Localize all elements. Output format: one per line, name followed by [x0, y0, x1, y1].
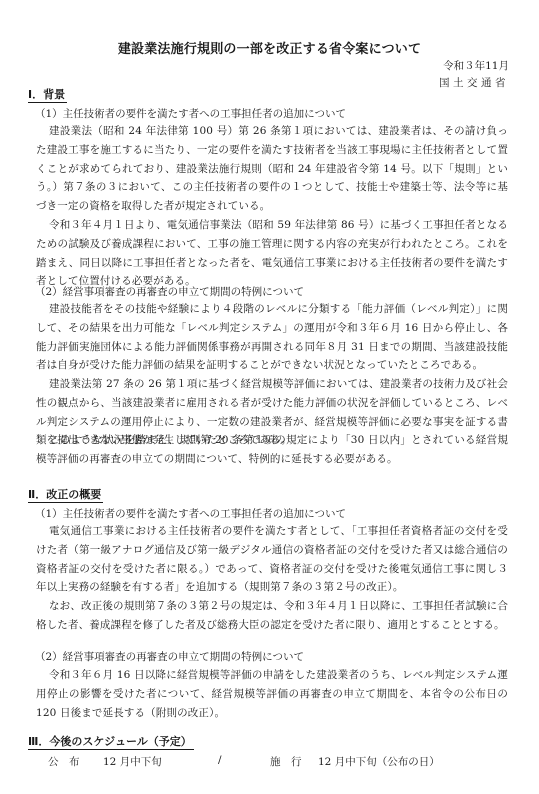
paragraph: 電気通信工事業における主任技術者の要件を満たす者として、「工事担任者資格者証の交…: [36, 522, 508, 597]
schedule-separator: /: [218, 754, 222, 766]
document-page: 建設業法施行規則の一部を改正する省令案について 令和３年11月 国土交通省 Ⅰ．…: [0, 0, 539, 794]
paragraph: 建設技能者をその技能や経験により４段階のレベルに分類する「能力評価（レベル判定）…: [36, 300, 508, 375]
promulgation-value: 12 月中下旬: [103, 754, 162, 769]
subsection-heading: （1）主任技術者の要件を満たす者への工事担任者の追加について: [35, 507, 346, 521]
section-heading-overview: Ⅱ．改正の概要: [28, 488, 103, 503]
section-heading-schedule: Ⅲ．今後のスケジュール（予定）: [28, 735, 194, 750]
subsection-heading: （2）経営事項審査の再審査の申立て期間の特例について: [35, 650, 304, 664]
enforcement-label: 施 行: [270, 754, 302, 769]
document-date: 令和３年11月: [443, 58, 509, 73]
paragraph: 建設業法（昭和 24 年法律第 100 号）第 26 条第１項においては、建設業…: [36, 122, 508, 216]
enforcement-value: 12 月中下旬（公布の日）: [318, 754, 440, 769]
document-issuer: 国土交通省: [439, 75, 509, 90]
subsection-heading: （1）主任技術者の要件を満たす者への工事担任者の追加について: [35, 107, 346, 121]
section-heading-background: Ⅰ．背景: [28, 88, 67, 103]
paragraph: このような状況を踏まえ、規則第 20 条第１項の規定により「30 日以内」とされ…: [36, 431, 508, 469]
document-title: 建設業法施行規則の一部を改正する省令案について: [0, 38, 539, 57]
promulgation-label: 公 布: [48, 754, 80, 769]
paragraph: 令和３年６月 16 日以降に経営規模等評価の申請をした建設業者のうち、レベル判定…: [36, 666, 508, 722]
subsection-heading: （2）経営事項審査の再審査の申立て期間の特例について: [35, 285, 304, 299]
paragraph: 令和３年４月１日より、電気通信事業法（昭和 59 年法律第 86 号）に基づく工…: [36, 216, 508, 291]
paragraph: なお、改正後の規則第７条の３第２号の規定は、令和３年４月１日以降に、工事担任者試…: [36, 597, 508, 635]
